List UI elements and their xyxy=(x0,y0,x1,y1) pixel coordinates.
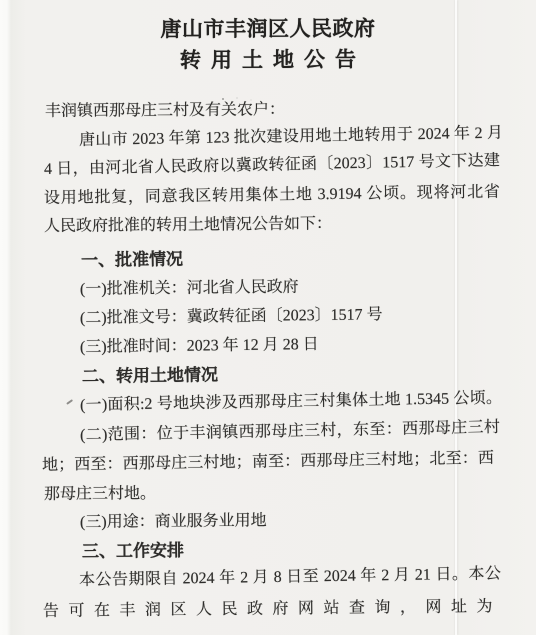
stray-pen-mark xyxy=(66,399,73,404)
intro-paragraph-line-3: 设用地批复，同意我区转用集体土地 3.9194 公顷。现将河北省 xyxy=(44,181,500,211)
approval-authority: (一)批准机关：河北省人民政府 xyxy=(80,276,299,302)
document-title-line-2: 转用土地公告 xyxy=(0,43,536,75)
intro-paragraph-line-2: 4 日，由河北省人民政府以冀政转征函〔2023〕1517 号文下达建 xyxy=(44,149,500,182)
approval-document-number: (二)批准文号：冀政转征函〔2023〕1517 号 xyxy=(80,303,383,331)
document-title-line-1: 唐山市丰润区人民政府 xyxy=(0,12,536,44)
land-scope-line-3: 那母庄三村地。 xyxy=(44,482,156,507)
scan-crease-line xyxy=(455,0,457,635)
salutation: 丰润镇西那母庄三村及有关农户： xyxy=(45,98,285,124)
intro-paragraph-line-1: 唐山市 2023 年第 123 批次建设用地土地转用于 2024 年 2 月 xyxy=(79,122,503,153)
land-scope-line-2: 地；西至：西那母庄三村地；南至：西那母庄三村地；北至：西 xyxy=(42,447,494,478)
announcement-period-line-1: 本公告期限自 2024 年 2 月 8 日至 2024 年 2 月 21 日。本… xyxy=(79,562,501,593)
land-area: (一)面积:2 号地块涉及西那母庄三村集体土地 1.5345 公顷。 xyxy=(80,387,502,418)
section-heading-approval: 一、批准情况 xyxy=(81,248,183,273)
section-heading-land-conversion: 二、转用土地情况 xyxy=(82,363,218,389)
announcement-period-line-2: 告可在丰润区人民政府网站查询，网址为 xyxy=(43,595,503,624)
intro-paragraph-line-4: 人民政府批准的转用土地情况公告如下： xyxy=(44,212,332,239)
section-heading-work-arrangement: 三、工作安排 xyxy=(82,539,184,564)
land-use: (三)用途：商业服务业用地 xyxy=(80,509,267,535)
approval-date: (三)批准时间：2023 年 12 月 28 日 xyxy=(80,333,319,360)
land-scope-line-1: (二)范围：位于丰润镇西那母庄三村，东至：西那母庄三村 xyxy=(80,416,500,448)
scanned-document-page: 唐山市丰润区人民政府 转用土地公告 丰润镇西那母庄三村及有关农户： 唐山市 20… xyxy=(0,0,536,635)
